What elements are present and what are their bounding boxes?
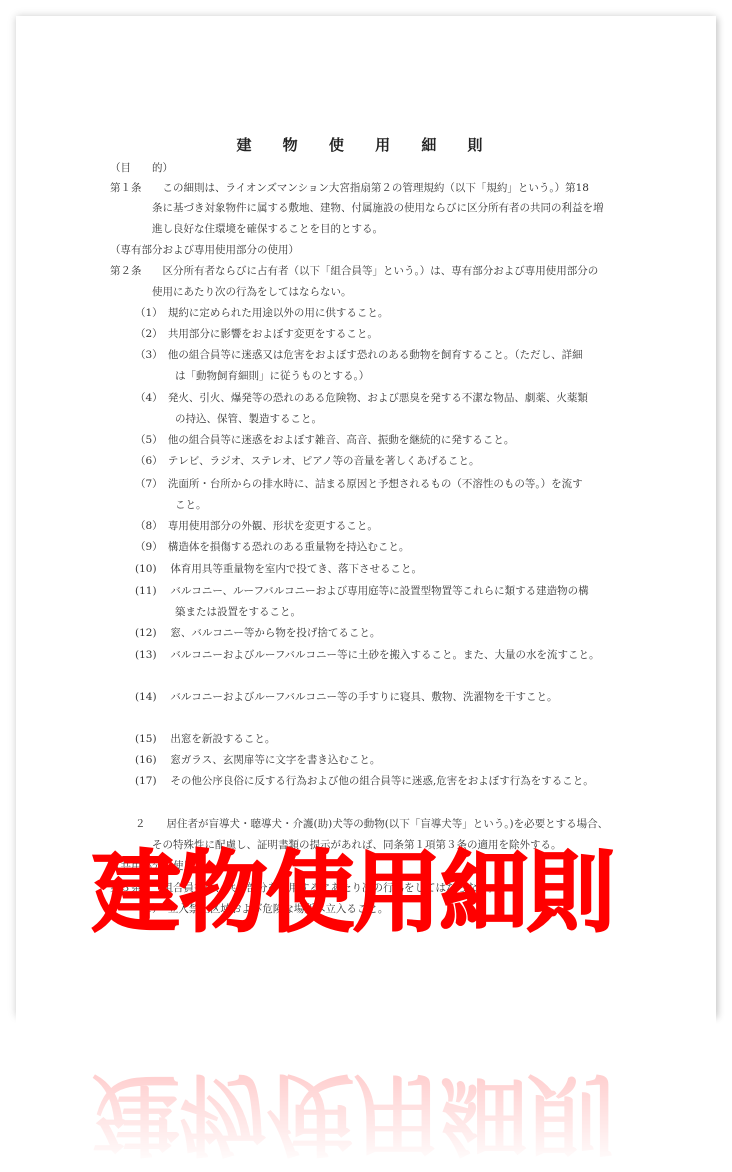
document-line: （9） 構造体を損傷する恐れのある重量物を持込むこと。 xyxy=(135,540,409,554)
document-line: (17) その他公序良俗に反する行為および他の組合員等に迷惑,危害をおよぼす行為… xyxy=(135,774,594,788)
document-line: こと。 xyxy=(175,498,207,512)
overlay-title: 建物使用細則 xyxy=(92,838,632,948)
document-line: 使用にあたり次の行為をしてはならない。 xyxy=(152,285,352,299)
document-line: （6） テレビ、ラジオ、ステレオ、ピアノ等の音量を著しくあげること。 xyxy=(135,454,479,468)
document-line: （専有部分および専用使用部分の使用） xyxy=(110,243,299,257)
document-line: (11) バルコニー、ルーフバルコニーおよび専用庭等に設置型物置等これらに類する… xyxy=(135,584,589,598)
document-line: （5） 他の組合員等に迷惑をおよぼす雑音、高音、振動を継続的に発すること。 xyxy=(135,433,514,447)
document-line: 進し良好な住環境を確保することを目的とする。 xyxy=(152,222,383,236)
document-line: （3） 他の組合員等に迷惑又は危害をおよぼす恐れのある動物を飼育すること。（ただ… xyxy=(135,348,583,362)
document-line: （4） 発火、引火、爆発等の恐れのある危険物、および悪臭を発する不潔な物品、劇薬… xyxy=(135,391,588,405)
document-line: ２ 居住者が盲導犬・聴導犬・介護(助)犬等の動物(以下「盲導犬等」という。)を必… xyxy=(135,817,608,831)
document-line: 第２条 区分所有者ならびに占有者（以下「組合員等」という。）は、専有部分および専… xyxy=(110,264,598,278)
document-line: (14) バルコニーおよびルーフバルコニー等の手すりに寝具、敷物、洗濯物を干すこ… xyxy=(135,690,558,704)
document-line: (10) 体育用具等重量物を室内で投てき、落下させること。 xyxy=(135,562,422,576)
document-line: 築または設置をすること。 xyxy=(175,605,301,619)
document-line: （目 的） xyxy=(110,161,173,175)
document-line: (15) 出窓を新設すること。 xyxy=(135,732,275,746)
document-line: 第１条 この細則は、ライオンズマンション大宮指扇第２の管理規約（以下「規約」とい… xyxy=(110,181,589,195)
document-line: （1） 規約に定められた用途以外の用に供すること。 xyxy=(135,306,388,320)
document-line: （8） 専用使用部分の外観、形状を変更すること。 xyxy=(135,519,378,533)
page-bottom-fade xyxy=(16,988,716,1028)
document-title: 建 物 使 用 細 則 xyxy=(16,134,716,155)
document-line: 条に基づき対象物件に属する敷地、建物、付属施設の使用ならびに区分所有者の共同の利… xyxy=(152,201,604,215)
document-line: は「動物飼育細則」に従うものとする。） xyxy=(175,369,369,383)
overlay-title-reflection: 建物使用細則 xyxy=(92,1058,652,1168)
document-line: （7） 洗面所・台所からの排水時に、詰まる原因と予想されるもの（不溶性のもの等。… xyxy=(135,477,583,491)
document-line: の持込、保管、製造すること。 xyxy=(175,412,322,426)
document-line: (16) 窓ガラス、玄関扉等に文字を書き込むこと。 xyxy=(135,753,380,767)
document-line: (12) 窓、バルコニー等から物を投げ捨てること。 xyxy=(135,626,380,640)
document-line: (13) バルコニーおよびルーフバルコニー等に土砂を搬入すること。また、大量の水… xyxy=(135,648,600,662)
document-line: （2） 共用部分に影響をおよぼす変更をすること。 xyxy=(135,327,378,341)
